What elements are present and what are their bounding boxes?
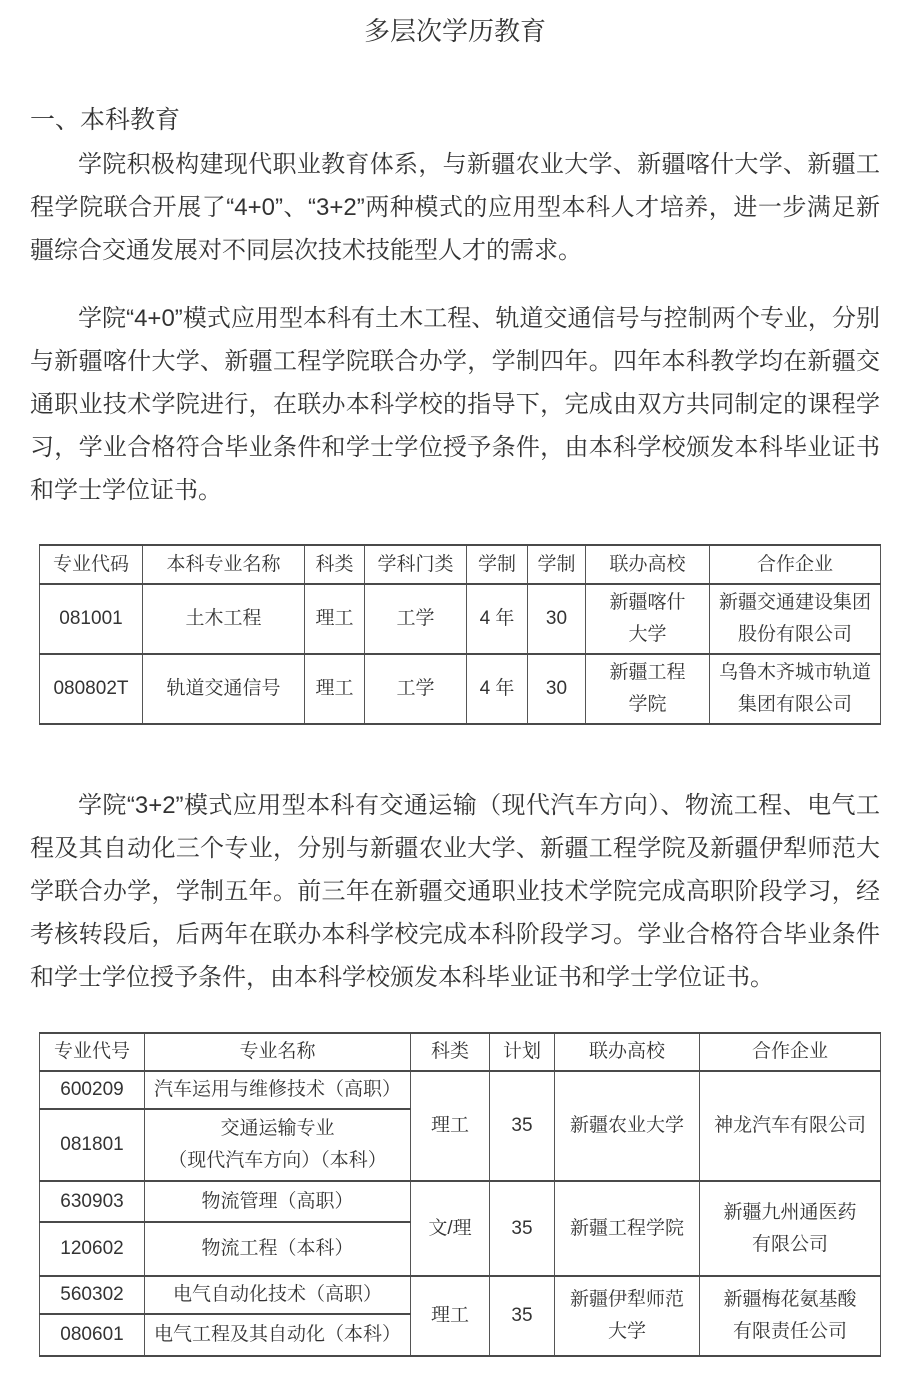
cell-subject-type: 理工 — [305, 654, 365, 724]
cell-plan: 35 — [490, 1071, 555, 1181]
header-cell-subject-type: 科类 — [305, 545, 365, 584]
paragraph-4plus0-mode: 学院“4+0”模式应用型本科有土木工程、轨道交通信号与控制两个专业，分别与新疆喀… — [30, 297, 880, 512]
paragraph-intro: 学院积极构建现代职业教育体系，与新疆农业大学、新疆喀什大学、新疆工程学院联合开展… — [30, 143, 880, 272]
page-title: 多层次学历教育 — [30, 14, 880, 48]
header-cell-major-name: 专业名称 — [145, 1033, 411, 1071]
header-cell-major-code: 专业代码 — [40, 545, 143, 584]
cell-subject-type: 理工 — [411, 1276, 490, 1356]
cell-major-code: 600209 — [40, 1071, 145, 1109]
cell-discipline: 工学 — [365, 584, 467, 654]
table-4plus0-programs: 专业代码 本科专业名称 科类 学科门类 学制 学制 联办高校 合作企业 0810… — [39, 544, 881, 725]
cell-partner-enterprise: 新疆交通建设集团 股份有限公司 — [710, 584, 881, 654]
table-header-row: 专业代码 本科专业名称 科类 学科门类 学制 学制 联办高校 合作企业 — [40, 545, 881, 584]
cell-major-code: 080802T — [40, 654, 143, 724]
cell-duration: 4 年 — [467, 584, 528, 654]
cell-discipline: 工学 — [365, 654, 467, 724]
cell-major-name: 轨道交通信号 — [143, 654, 305, 724]
cell-partner-college: 新疆工程学院 — [555, 1181, 700, 1276]
table-3plus2-programs: 专业代号 专业名称 科类 计划 联办高校 合作企业 600209 汽车运用与维修… — [39, 1032, 881, 1357]
cell-major-code: 081001 — [40, 584, 143, 654]
cell-partner-enterprise: 新疆九州通医药 有限公司 — [700, 1181, 881, 1276]
header-cell-duration-2: 学制 — [528, 545, 586, 584]
cell-subject-type: 理工 — [305, 584, 365, 654]
cell-major-code: 630903 — [40, 1181, 145, 1222]
cell-major-name: 电气自动化技术（高职） — [145, 1276, 411, 1314]
cell-major-code: 120602 — [40, 1222, 145, 1276]
header-cell-duration: 学制 — [467, 545, 528, 584]
cell-partner-college: 新疆工程 学院 — [586, 654, 710, 724]
cell-partner-college: 新疆喀什 大学 — [586, 584, 710, 654]
table-row-rail-signal: 080802T 轨道交通信号 理工 工学 4 年 30 新疆工程 学院 乌鲁木齐… — [40, 654, 881, 724]
header-cell-subject-type: 科类 — [411, 1033, 490, 1071]
cell-major-name: 交通运输专业 （现代汽车方向）（本科） — [145, 1109, 411, 1181]
cell-major-code: 560302 — [40, 1276, 145, 1314]
cell-duration: 4 年 — [467, 654, 528, 724]
header-cell-partner-college: 联办高校 — [555, 1033, 700, 1071]
cell-plan: 30 — [528, 654, 586, 724]
table-header-row: 专业代号 专业名称 科类 计划 联办高校 合作企业 — [40, 1033, 881, 1071]
header-cell-partner-enterprise: 合作企业 — [710, 545, 881, 584]
table-row-logistics-mgmt: 630903 物流管理（高职） 文/理 35 新疆工程学院 新疆九州通医药 有限… — [40, 1181, 881, 1222]
header-cell-major-name: 本科专业名称 — [143, 545, 305, 584]
cell-major-name: 物流工程（本科） — [145, 1222, 411, 1276]
paragraph-3plus2-mode: 学院“3+2”模式应用型本科有交通运输（现代汽车方向）、物流工程、电气工程及其自… — [30, 784, 880, 999]
table-row-auto-repair: 600209 汽车运用与维修技术（高职） 理工 35 新疆农业大学 神龙汽车有限… — [40, 1071, 881, 1109]
cell-major-name: 电气工程及其自动化（本科） — [145, 1314, 411, 1356]
cell-partner-enterprise: 乌鲁木齐城市轨道 集团有限公司 — [710, 654, 881, 724]
header-cell-discipline: 学科门类 — [365, 545, 467, 584]
header-cell-plan: 计划 — [490, 1033, 555, 1071]
header-cell-major-code: 专业代号 — [40, 1033, 145, 1071]
table-row-civil-engineering: 081001 土木工程 理工 工学 4 年 30 新疆喀什 大学 新疆交通建设集… — [40, 584, 881, 654]
cell-partner-enterprise: 新疆梅花氨基酸 有限责任公司 — [700, 1276, 881, 1356]
cell-major-name: 土木工程 — [143, 584, 305, 654]
cell-subject-type: 文/理 — [411, 1181, 490, 1276]
cell-partner-college: 新疆农业大学 — [555, 1071, 700, 1181]
cell-major-name: 物流管理（高职） — [145, 1181, 411, 1222]
cell-plan: 30 — [528, 584, 586, 654]
document-page: 多层次学历教育 一、本科教育 学院积极构建现代职业教育体系，与新疆农业大学、新疆… — [0, 14, 904, 1357]
section-heading: 一、本科教育 — [30, 103, 880, 137]
cell-subject-type: 理工 — [411, 1071, 490, 1181]
cell-plan: 35 — [490, 1276, 555, 1356]
cell-major-code: 081801 — [40, 1109, 145, 1181]
cell-major-name: 汽车运用与维修技术（高职） — [145, 1071, 411, 1109]
header-cell-partner-enterprise: 合作企业 — [700, 1033, 881, 1071]
cell-partner-college: 新疆伊犁师范 大学 — [555, 1276, 700, 1356]
cell-plan: 35 — [490, 1181, 555, 1276]
cell-major-code: 080601 — [40, 1314, 145, 1356]
header-cell-partner-college: 联办高校 — [586, 545, 710, 584]
cell-partner-enterprise: 神龙汽车有限公司 — [700, 1071, 881, 1181]
table-row-electric-auto-tech: 560302 电气自动化技术（高职） 理工 35 新疆伊犁师范 大学 新疆梅花氨… — [40, 1276, 881, 1314]
